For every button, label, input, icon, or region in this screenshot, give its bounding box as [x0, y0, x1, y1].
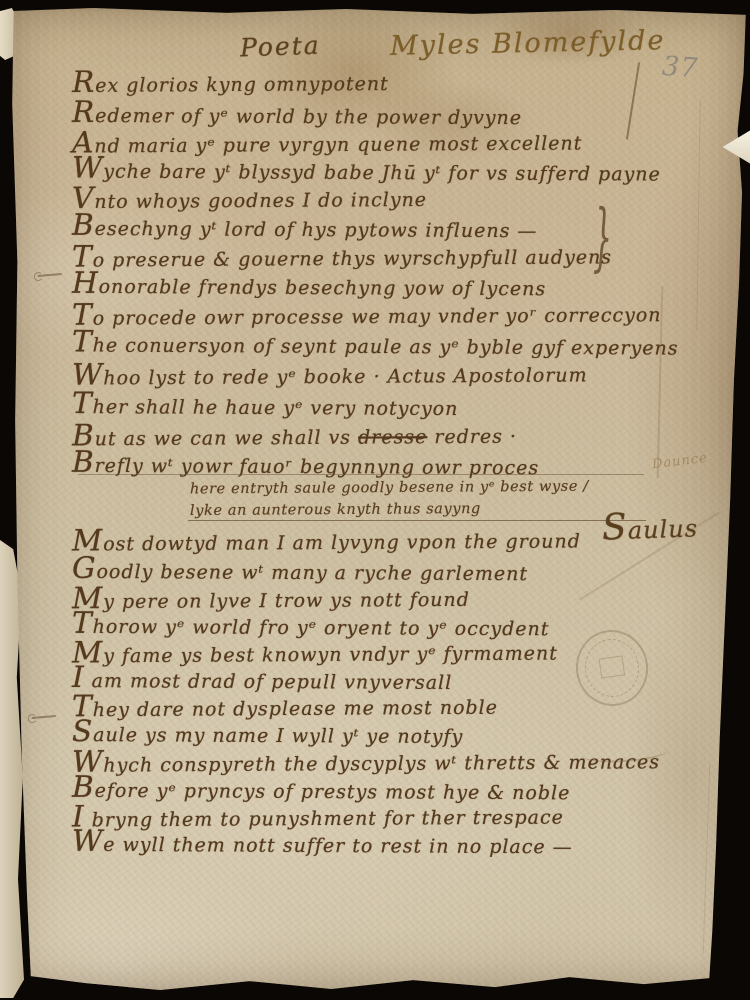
- verse-line: We wyll them nott suffer to rest in no p…: [72, 824, 573, 861]
- ownership-signature: Myles Blomefylde: [390, 25, 666, 62]
- stage-direction-line: lyke an aunterous knyth thus sayyng: [190, 501, 481, 519]
- heading-poeta: Poeta: [240, 31, 322, 63]
- stage-direction-line: here entryth saule goodly besene in yᵉ b…: [190, 479, 589, 498]
- struck-word: dresse: [358, 426, 427, 448]
- margin-mark: [38, 273, 63, 283]
- verse-line: Brefly wᵗ yowr fauoʳ begynnyng owr proce…: [72, 445, 539, 481]
- folio-number: 37: [661, 51, 699, 84]
- ruled-line: [78, 474, 644, 475]
- stray-pen-stroke: [626, 62, 640, 139]
- margin-mark: [32, 715, 57, 725]
- manuscript-page: Poeta Myles Blomefylde 37 Rex glorios ky…: [4, 4, 748, 996]
- margin-brace: }: [593, 196, 612, 282]
- fold-crease: [703, 764, 711, 954]
- speaker-name-saulus: Saulus: [601, 504, 698, 548]
- fold-crease: [696, 100, 700, 330]
- verse-line: Rex glorios kyng omnypotent: [72, 63, 389, 99]
- library-stamp: [571, 625, 653, 710]
- marginal-dance-note: Daunce: [651, 451, 708, 473]
- corrected-line-post: redres ·: [427, 426, 517, 449]
